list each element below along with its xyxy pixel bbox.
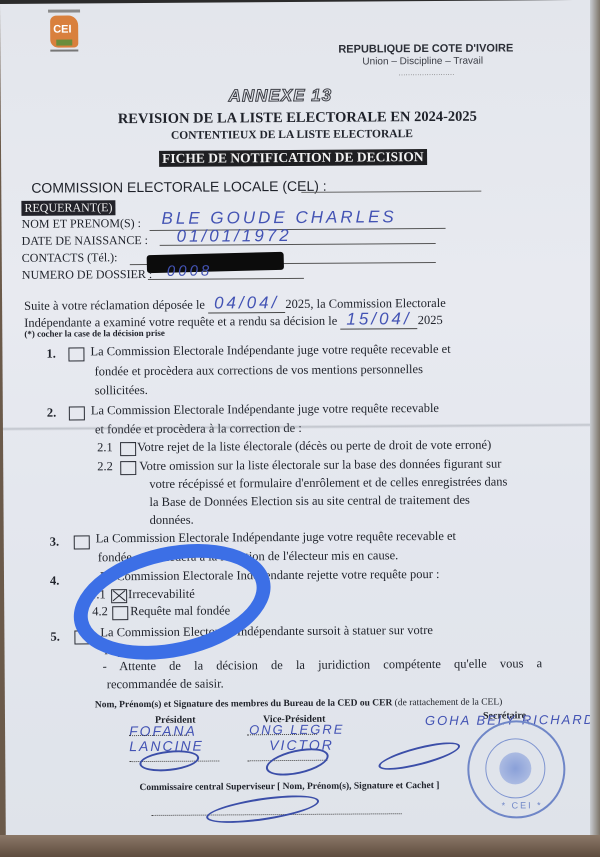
decision-2-2-number: 2.2 bbox=[97, 459, 113, 474]
supervisor-label: Commissaire central Superviseur [ Nom, P… bbox=[139, 781, 439, 793]
instruction-note: (*) cocher la case de la décision prise bbox=[24, 328, 165, 339]
secretaire-signature bbox=[376, 737, 462, 775]
decision-2-1-number: 2.1 bbox=[97, 440, 113, 455]
logo-text: CEI bbox=[53, 24, 71, 36]
motto: Union – Discipline – Travail bbox=[362, 56, 483, 68]
decision-1-text-3: sollicitées. bbox=[95, 383, 148, 398]
decision-2-2-text-3: la Base de Données Election sis au site … bbox=[149, 493, 469, 510]
decision-2-2-text-4: données. bbox=[150, 513, 194, 528]
paper-edge-shadow bbox=[590, 0, 600, 857]
cel-label: COMMISSION ELECTORALE LOCALE (CEL) : bbox=[31, 178, 326, 196]
separator: …………………… bbox=[398, 69, 454, 77]
birthdate-label: DATE DE NAISSANCE : bbox=[22, 233, 148, 249]
decision-1-text: La Commission Electorale Indépendante ju… bbox=[90, 342, 450, 360]
requerant-heading: REQUERANT(E) bbox=[21, 200, 115, 216]
decision-5-bullet: - Attente de la décision de la juridicti… bbox=[103, 656, 543, 674]
decision-2-2-text-2: votre récépissé et formulaire d'enrôleme… bbox=[149, 474, 507, 491]
decision-2-1-checkbox[interactable] bbox=[120, 442, 136, 456]
decision-4-number: 4. bbox=[50, 574, 59, 589]
intro-text-d: 2025 bbox=[418, 313, 443, 327]
annexe-title: ANNEXE 13 bbox=[229, 86, 333, 107]
decision-1-number: 1. bbox=[46, 347, 55, 362]
name-label: NOM ET PRENOM(S) : bbox=[21, 216, 141, 232]
contacts-label: CONTACTS (Tél.): bbox=[22, 250, 118, 266]
contacts-label-text: CONTACTS (Tél.): bbox=[22, 250, 118, 265]
signature-heading-note: (de rattachement de la CEL) bbox=[395, 698, 503, 709]
signature-heading-bold: Nom, Prénom(s) et Signature des membres … bbox=[95, 698, 392, 710]
decision-1-checkbox[interactable] bbox=[68, 347, 84, 361]
cei-logo: CEI bbox=[44, 9, 84, 57]
decision-5-number: 5. bbox=[50, 630, 59, 645]
decision-2-number: 2. bbox=[47, 406, 56, 421]
dossier-value: 0008 bbox=[167, 263, 212, 280]
dossier-label: NUMERO DE DOSSIER : bbox=[22, 267, 152, 283]
birthdate-value: 01/01/1972 bbox=[177, 226, 292, 247]
decision-2-checkbox[interactable] bbox=[69, 406, 85, 420]
decision-5-bullet-2: recommandée de saisir. bbox=[107, 676, 224, 692]
document-title: REVISION DE LA LISTE ELECTORALE EN 2024-… bbox=[118, 109, 477, 129]
signature-heading: Nom, Prénom(s) et Signature des membres … bbox=[95, 698, 502, 711]
intro-text-c: Indépendante a examiné votre requête et … bbox=[24, 314, 337, 330]
decision-2-text: La Commission Electorale Indépendante ju… bbox=[91, 401, 439, 418]
official-stamp: * CEI * bbox=[467, 720, 566, 819]
decision-3-text: La Commission Electorale Indépendante ju… bbox=[96, 529, 456, 547]
stamp-label: * CEI * bbox=[502, 800, 543, 810]
supervisor-signature bbox=[205, 790, 321, 828]
table-surface bbox=[0, 835, 600, 857]
decision-2-2-text: Votre omission sur la liste électorale s… bbox=[139, 457, 501, 475]
document-page: CEI REPUBLIQUE DE COTE D'IVOIRE Union – … bbox=[0, 0, 598, 840]
decision-3-number: 3. bbox=[50, 535, 59, 550]
decision-2-1-text: Votre rejet de la liste électorale (décè… bbox=[137, 438, 491, 455]
decision-date: 15/04/ bbox=[340, 309, 417, 330]
document-subtitle: CONTENTIEUX DE LA LISTE ELECTORALE bbox=[171, 128, 413, 142]
decision-2-2-checkbox[interactable] bbox=[120, 461, 136, 475]
decision-1-text-2: fondée et procèdera aux corrections de v… bbox=[95, 362, 423, 379]
president-name: FOFANA bbox=[129, 723, 197, 739]
cel-line bbox=[301, 191, 481, 193]
republic-title: REPUBLIQUE DE COTE D'IVOIRE bbox=[338, 42, 513, 55]
form-title: FICHE DE NOTIFICATION DE DECISION bbox=[159, 149, 427, 167]
decision-3-checkbox[interactable] bbox=[74, 535, 90, 549]
